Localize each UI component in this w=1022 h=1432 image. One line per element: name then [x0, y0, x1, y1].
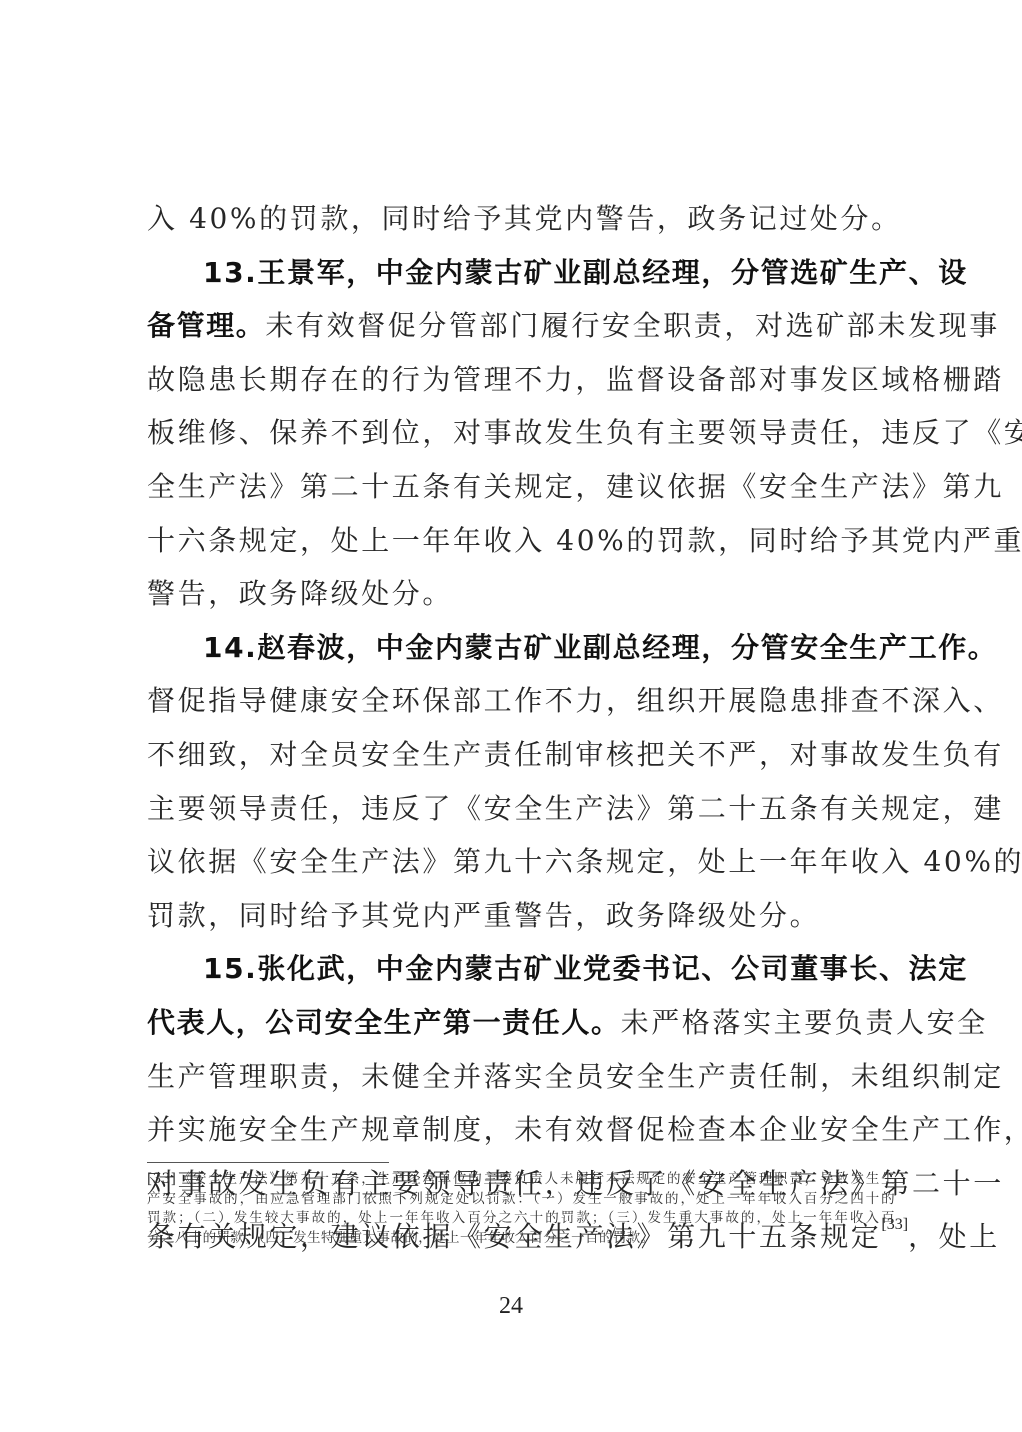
item-13-line-7: 警告，政务降级处分。 [147, 567, 892, 621]
item-14-heading-line: 14.赵春波，中金内蒙古矿业副总经理，分管安全生产工作。 [147, 621, 892, 675]
item-14-line-3: 不细致，对全员安全生产责任制审核把关不严，对事故发生负有 [147, 728, 892, 782]
item-13-line-6: 十六条规定，处上一年年收入 40%的罚款，同时给予其党内严重 [147, 514, 892, 568]
item-13-line-4: 板维修、保养不到位，对事故发生负有主要领导责任，违反了《安 [147, 406, 892, 460]
footnote-line-2: 产安全事故的，由应急管理部门依照下列规定处以罚款：（一）发生一般事故的，处上一年… [147, 1190, 895, 1210]
item-14-line-5: 议依据《安全生产法》第九十六条规定，处上一年年收入 40%的 [147, 835, 892, 889]
paragraph-12-tail: 入 40%的罚款，同时给予其党内警告，政务记过处分。 [147, 192, 892, 246]
footnote-line-4: 分之八十的罚款；（四）发生特别重大事故的，处上一年年收入百分之一百的罚款。 [147, 1229, 895, 1249]
item-15-line-4: 并实施安全生产规章制度，未有效督促检查本企业安全生产工作， [147, 1103, 892, 1157]
item-14-line-2: 督促指导健康安全环保部工作不力，组织开展隐患排查不深入、 [147, 674, 892, 728]
item-15-line-6-tail: ，处上 [908, 1220, 1000, 1253]
footnote-line-3: 罚款；（二）发生较大事故的，处上一年年收入百分之六十的罚款；（三）发生重大事故的… [147, 1209, 895, 1229]
item-14-line-6: 罚款，同时给予其党内严重警告，政务降级处分。 [147, 889, 892, 943]
item-15-heading: 15.张化武，中金内蒙古矿业党委书记、公司董事长、法定 [203, 952, 968, 985]
item-15-heading-line-1: 15.张化武，中金内蒙古矿业党委书记、公司董事长、法定 [147, 942, 892, 996]
item-13-heading: 13.王景军，中金内蒙古矿业副总经理，分管选矿生产、设 [203, 256, 968, 289]
footnote-separator [147, 1162, 389, 1163]
item-13-line-3: 故隐患长期存在的行为管理不力，监督设备部对事发区域格栅踏 [147, 353, 892, 407]
item-15-line-3: 生产管理职责，未健全并落实全员安全生产责任制，未组织制定 [147, 1050, 892, 1104]
document-page: 入 40%的罚款，同时给予其党内警告，政务记过处分。 13.王景军，中金内蒙古矿… [0, 0, 1022, 1432]
item-15-line-2: 代表人，公司安全生产第一责任人。未严格落实主要负责人安全 [147, 996, 892, 1050]
page-number: 24 [0, 1293, 1022, 1320]
item-13-heading-tail: 备管理。 [147, 309, 265, 342]
footnote-line-1: [33]《安全生产法》第九十五条，生产经营单位的主要负责人未履行本法规定的安全生… [147, 1170, 895, 1190]
item-14-heading: 14.赵春波，中金内蒙古矿业副总经理，分管安全生产工作。 [203, 631, 997, 664]
item-15-body-start: 未严格落实主要负责人安全 [621, 1006, 988, 1039]
item-13-line-2: 备管理。未有效督促分管部门履行安全职责，对选矿部未发现事 [147, 299, 892, 353]
item-14-line-4: 主要领导责任，违反了《安全生产法》第二十五条有关规定，建 [147, 782, 892, 836]
item-13-line-5: 全生产法》第二十五条有关规定，建议依据《安全生产法》第九 [147, 460, 892, 514]
item-15-heading-tail: 代表人，公司安全生产第一责任人。 [147, 1006, 621, 1039]
body-text: 入 40%的罚款，同时给予其党内警告，政务记过处分。 13.王景军，中金内蒙古矿… [147, 192, 892, 1264]
item-13-heading-line-1: 13.王景军，中金内蒙古矿业副总经理，分管选矿生产、设 [147, 246, 892, 300]
footnote-33: [33]《安全生产法》第九十五条，生产经营单位的主要负责人未履行本法规定的安全生… [147, 1170, 895, 1248]
item-13-body-start: 未有效督促分管部门履行安全职责，对选矿部未发现事 [265, 309, 999, 342]
